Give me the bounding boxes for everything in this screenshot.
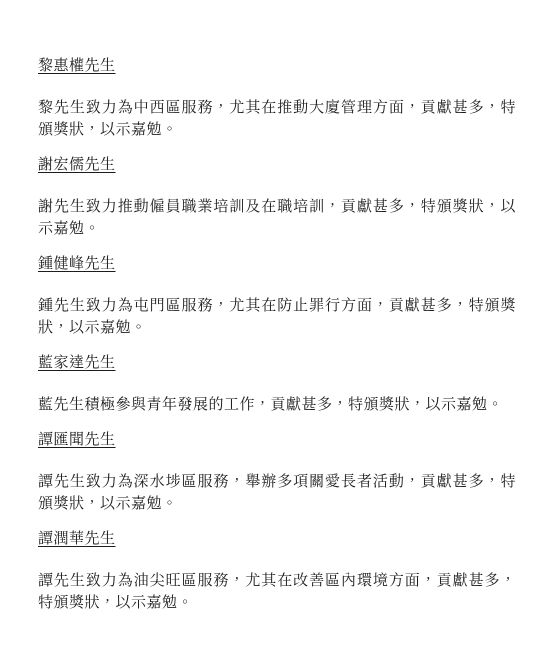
commendation-entry: 謝宏儒先生謝先生致力推動僱員職業培訓及在職培訓，貢獻甚多，特頒獎狀，以示嘉勉。	[38, 155, 516, 240]
citation-paragraph: 譚先生致力為油尖旺區服務，尤其在改善區內環境方面，貢獻甚多，特頒獎狀，以示嘉勉。	[38, 570, 516, 614]
citation-paragraph: 藍先生積極參與青年發展的工作，貢獻甚多，特頒獎狀，以示嘉勉。	[38, 394, 516, 416]
citation-paragraph: 黎先生致力為中西區服務，尤其在推動大廈管理方面，貢獻甚多，特頒獎狀，以示嘉勉。	[38, 97, 516, 141]
citation-paragraph: 鍾先生致力為屯門區服務，尤其在防止罪行方面，貢獻甚多，特頒獎狀，以示嘉勉。	[38, 295, 516, 339]
commendation-sections: 黎惠權先生黎先生致力為中西區服務，尤其在推動大廈管理方面，貢獻甚多，特頒獎狀，以…	[38, 56, 516, 614]
recipient-name: 謝宏儒先生	[38, 155, 516, 176]
commendation-entry: 藍家達先生藍先生積極參與青年發展的工作，貢獻甚多，特頒獎狀，以示嘉勉。	[38, 353, 516, 416]
commendation-entry: 譚潤華先生譚先生致力為油尖旺區服務，尤其在改善區內環境方面，貢獻甚多，特頒獎狀，…	[38, 529, 516, 614]
commendation-entry: 鍾健峰先生鍾先生致力為屯門區服務，尤其在防止罪行方面，貢獻甚多，特頒獎狀，以示嘉…	[38, 254, 516, 339]
recipient-name: 鍾健峰先生	[38, 254, 516, 275]
commendation-entry: 譚匯聞先生譚先生致力為深水埗區服務，舉辦多項關愛長者活動，貢獻甚多，特頒獎狀，以…	[38, 430, 516, 515]
document-page: 黎惠權先生黎先生致力為中西區服務，尤其在推動大廈管理方面，貢獻甚多，特頒獎狀，以…	[0, 0, 548, 665]
recipient-name: 黎惠權先生	[38, 56, 516, 77]
commendation-entry: 黎惠權先生黎先生致力為中西區服務，尤其在推動大廈管理方面，貢獻甚多，特頒獎狀，以…	[38, 56, 516, 141]
recipient-name: 藍家達先生	[38, 353, 516, 374]
citation-paragraph: 譚先生致力為深水埗區服務，舉辦多項關愛長者活動，貢獻甚多，特頒獎狀，以示嘉勉。	[38, 471, 516, 515]
citation-paragraph: 謝先生致力推動僱員職業培訓及在職培訓，貢獻甚多，特頒獎狀，以示嘉勉。	[38, 196, 516, 240]
recipient-name: 譚匯聞先生	[38, 430, 516, 451]
recipient-name: 譚潤華先生	[38, 529, 516, 550]
